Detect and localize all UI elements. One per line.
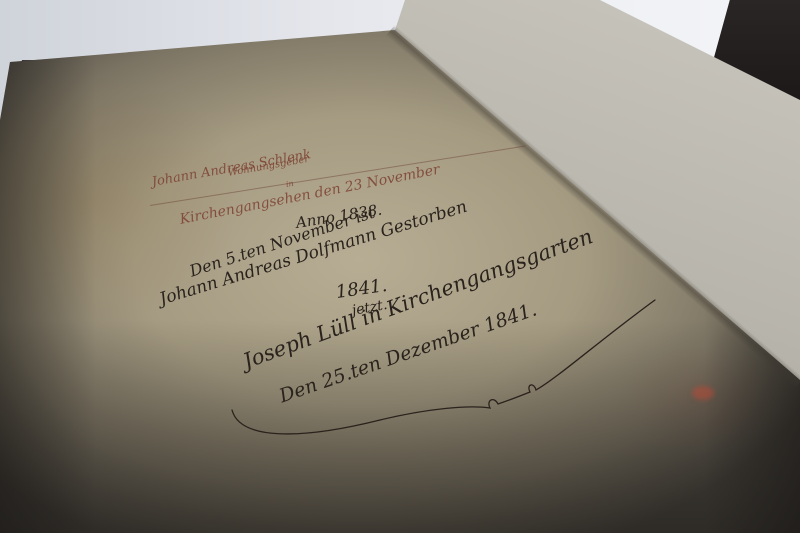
- flourish-underline: [0, 0, 800, 533]
- photo-scene: Johann Andreas Schlenk Wohnungsgeber in …: [0, 0, 800, 533]
